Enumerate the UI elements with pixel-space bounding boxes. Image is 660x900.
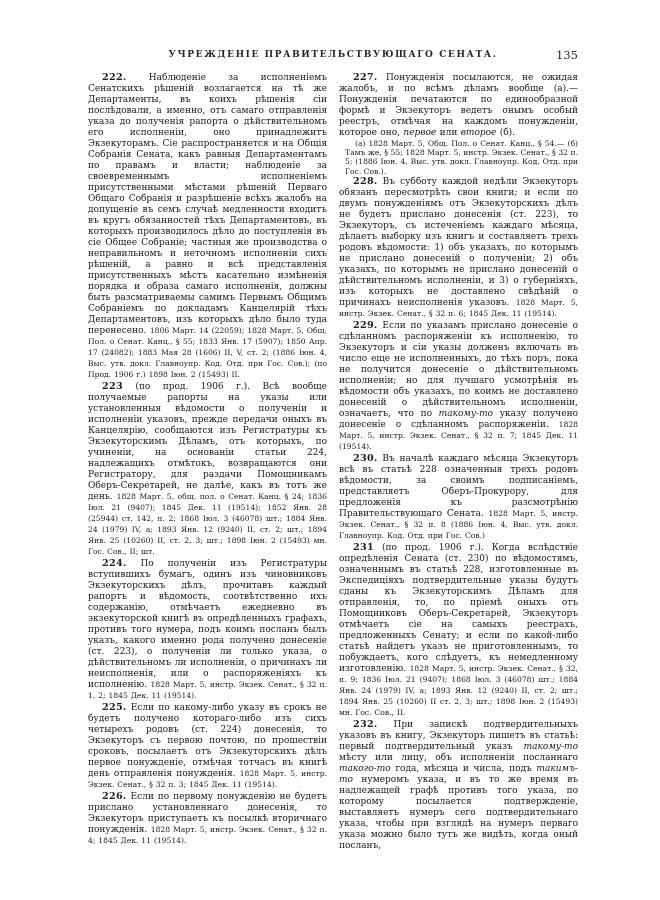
two-column-text-block: 222. Наблюденіе за исполненіемъ Сенатски… bbox=[88, 72, 578, 852]
text-run-bold: 224. bbox=[102, 558, 127, 569]
page-header: УЧРЕЖДЕНІЕ ПРАВИТЕЛЬСТВУЮЩАГО СЕНАТА. 13… bbox=[88, 50, 578, 70]
text-run-normal: Наблюденіе за исполненіемъ Сенатскихъ рѣ… bbox=[88, 73, 327, 336]
text-run-bold: 230. bbox=[353, 453, 378, 464]
text-run-bold: 232. bbox=[353, 719, 378, 730]
text-run-normal: По полученіи изъ Регистратуры вступивших… bbox=[88, 559, 327, 690]
text-run-small: 1828 Март. 5, общ. пол. о Сенат. Канц. §… bbox=[88, 492, 327, 556]
text-run-normal: года, мѣсяца и числа, подъ bbox=[391, 764, 537, 774]
article-230: 230. Въ началѣ каждаго мѣсяца Экзекуторъ… bbox=[339, 453, 578, 542]
text-run-bold: 231 bbox=[353, 542, 374, 553]
article-227-note: (а) 1828 Март. 5, Общ. Пол. о Сенат. Кан… bbox=[339, 139, 578, 176]
right-column: 227. Понужденія посылаются, не ожидая жа… bbox=[339, 72, 578, 852]
article-225: 225. Если по какому-либо указу въ срокъ … bbox=[88, 702, 327, 791]
article-231: 231 (по прод. 1906 г.). Когда вслѣдствіе… bbox=[339, 542, 578, 719]
text-run-bold: 225. bbox=[102, 702, 127, 713]
text-run-normal: Если по какому-либо указу въ срокъ не бу… bbox=[88, 703, 327, 779]
text-run-bold: 222. bbox=[102, 72, 127, 83]
text-run-italic: первое bbox=[403, 128, 436, 138]
text-run-italic: второе bbox=[461, 128, 497, 138]
text-run-normal: нумеромъ указа, и въ то же время въ надл… bbox=[339, 775, 578, 851]
text-run-normal: Если по указамъ прислано донесеніе о сдѣ… bbox=[339, 321, 578, 419]
left-column: 222. Наблюденіе за исполненіемъ Сенатски… bbox=[88, 72, 327, 852]
text-run-normal: мѣсту или лицу, объ исполненіи посланнаг… bbox=[339, 753, 578, 763]
running-title: УЧРЕЖДЕНІЕ ПРАВИТЕЛЬСТВУЮЩАГО СЕНАТА. bbox=[88, 50, 578, 60]
scanned-book-page: УЧРЕЖДЕНІЕ ПРАВИТЕЛЬСТВУЮЩАГО СЕНАТА. 13… bbox=[0, 0, 660, 900]
text-run-normal: (б). bbox=[496, 128, 515, 138]
article-232: 232. При запискѣ подтвердительныхъ указо… bbox=[339, 719, 578, 852]
page-number: 135 bbox=[556, 48, 578, 62]
text-run-small: (а) 1828 Март. 5, Общ. Пол. о Сенат. Кан… bbox=[345, 139, 578, 176]
text-run-italic: такого-то bbox=[339, 764, 391, 774]
text-run-normal: (по прод. 1906 г.). Когда вслѣдствіе опр… bbox=[339, 543, 578, 674]
text-run-italic: такому-то bbox=[439, 409, 493, 419]
article-222: 222. Наблюденіе за исполненіемъ Сенатски… bbox=[88, 72, 327, 381]
text-run-bold: 226. bbox=[102, 791, 127, 802]
article-229: 229. Если по указамъ прислано донесеніе … bbox=[339, 320, 578, 453]
text-run-normal: или bbox=[436, 128, 460, 138]
article-224: 224. По полученіи изъ Регистратуры вступ… bbox=[88, 558, 327, 702]
text-run-bold: 227. bbox=[353, 72, 378, 83]
text-run-italic: такому-то bbox=[524, 742, 578, 752]
text-run-normal: Въ субботу каждой недѣли Экзекуторъ обяз… bbox=[339, 177, 578, 308]
text-run-bold: 223 bbox=[102, 381, 123, 392]
article-227: 227. Понужденія посылаются, не ожидая жа… bbox=[339, 72, 578, 139]
text-run-bold: 229. bbox=[353, 320, 378, 331]
text-run-bold: 228. bbox=[353, 176, 378, 187]
article-226: 226. Если по первому понужденію не будет… bbox=[88, 791, 327, 847]
article-228: 228. Въ субботу каждой недѣли Экзекуторъ… bbox=[339, 176, 578, 320]
text-run-normal: (по прод. 1906 г.). Всѣ вообще получаемы… bbox=[88, 382, 327, 502]
article-223: 223 (по прод. 1906 г.). Всѣ вообще получ… bbox=[88, 381, 327, 558]
